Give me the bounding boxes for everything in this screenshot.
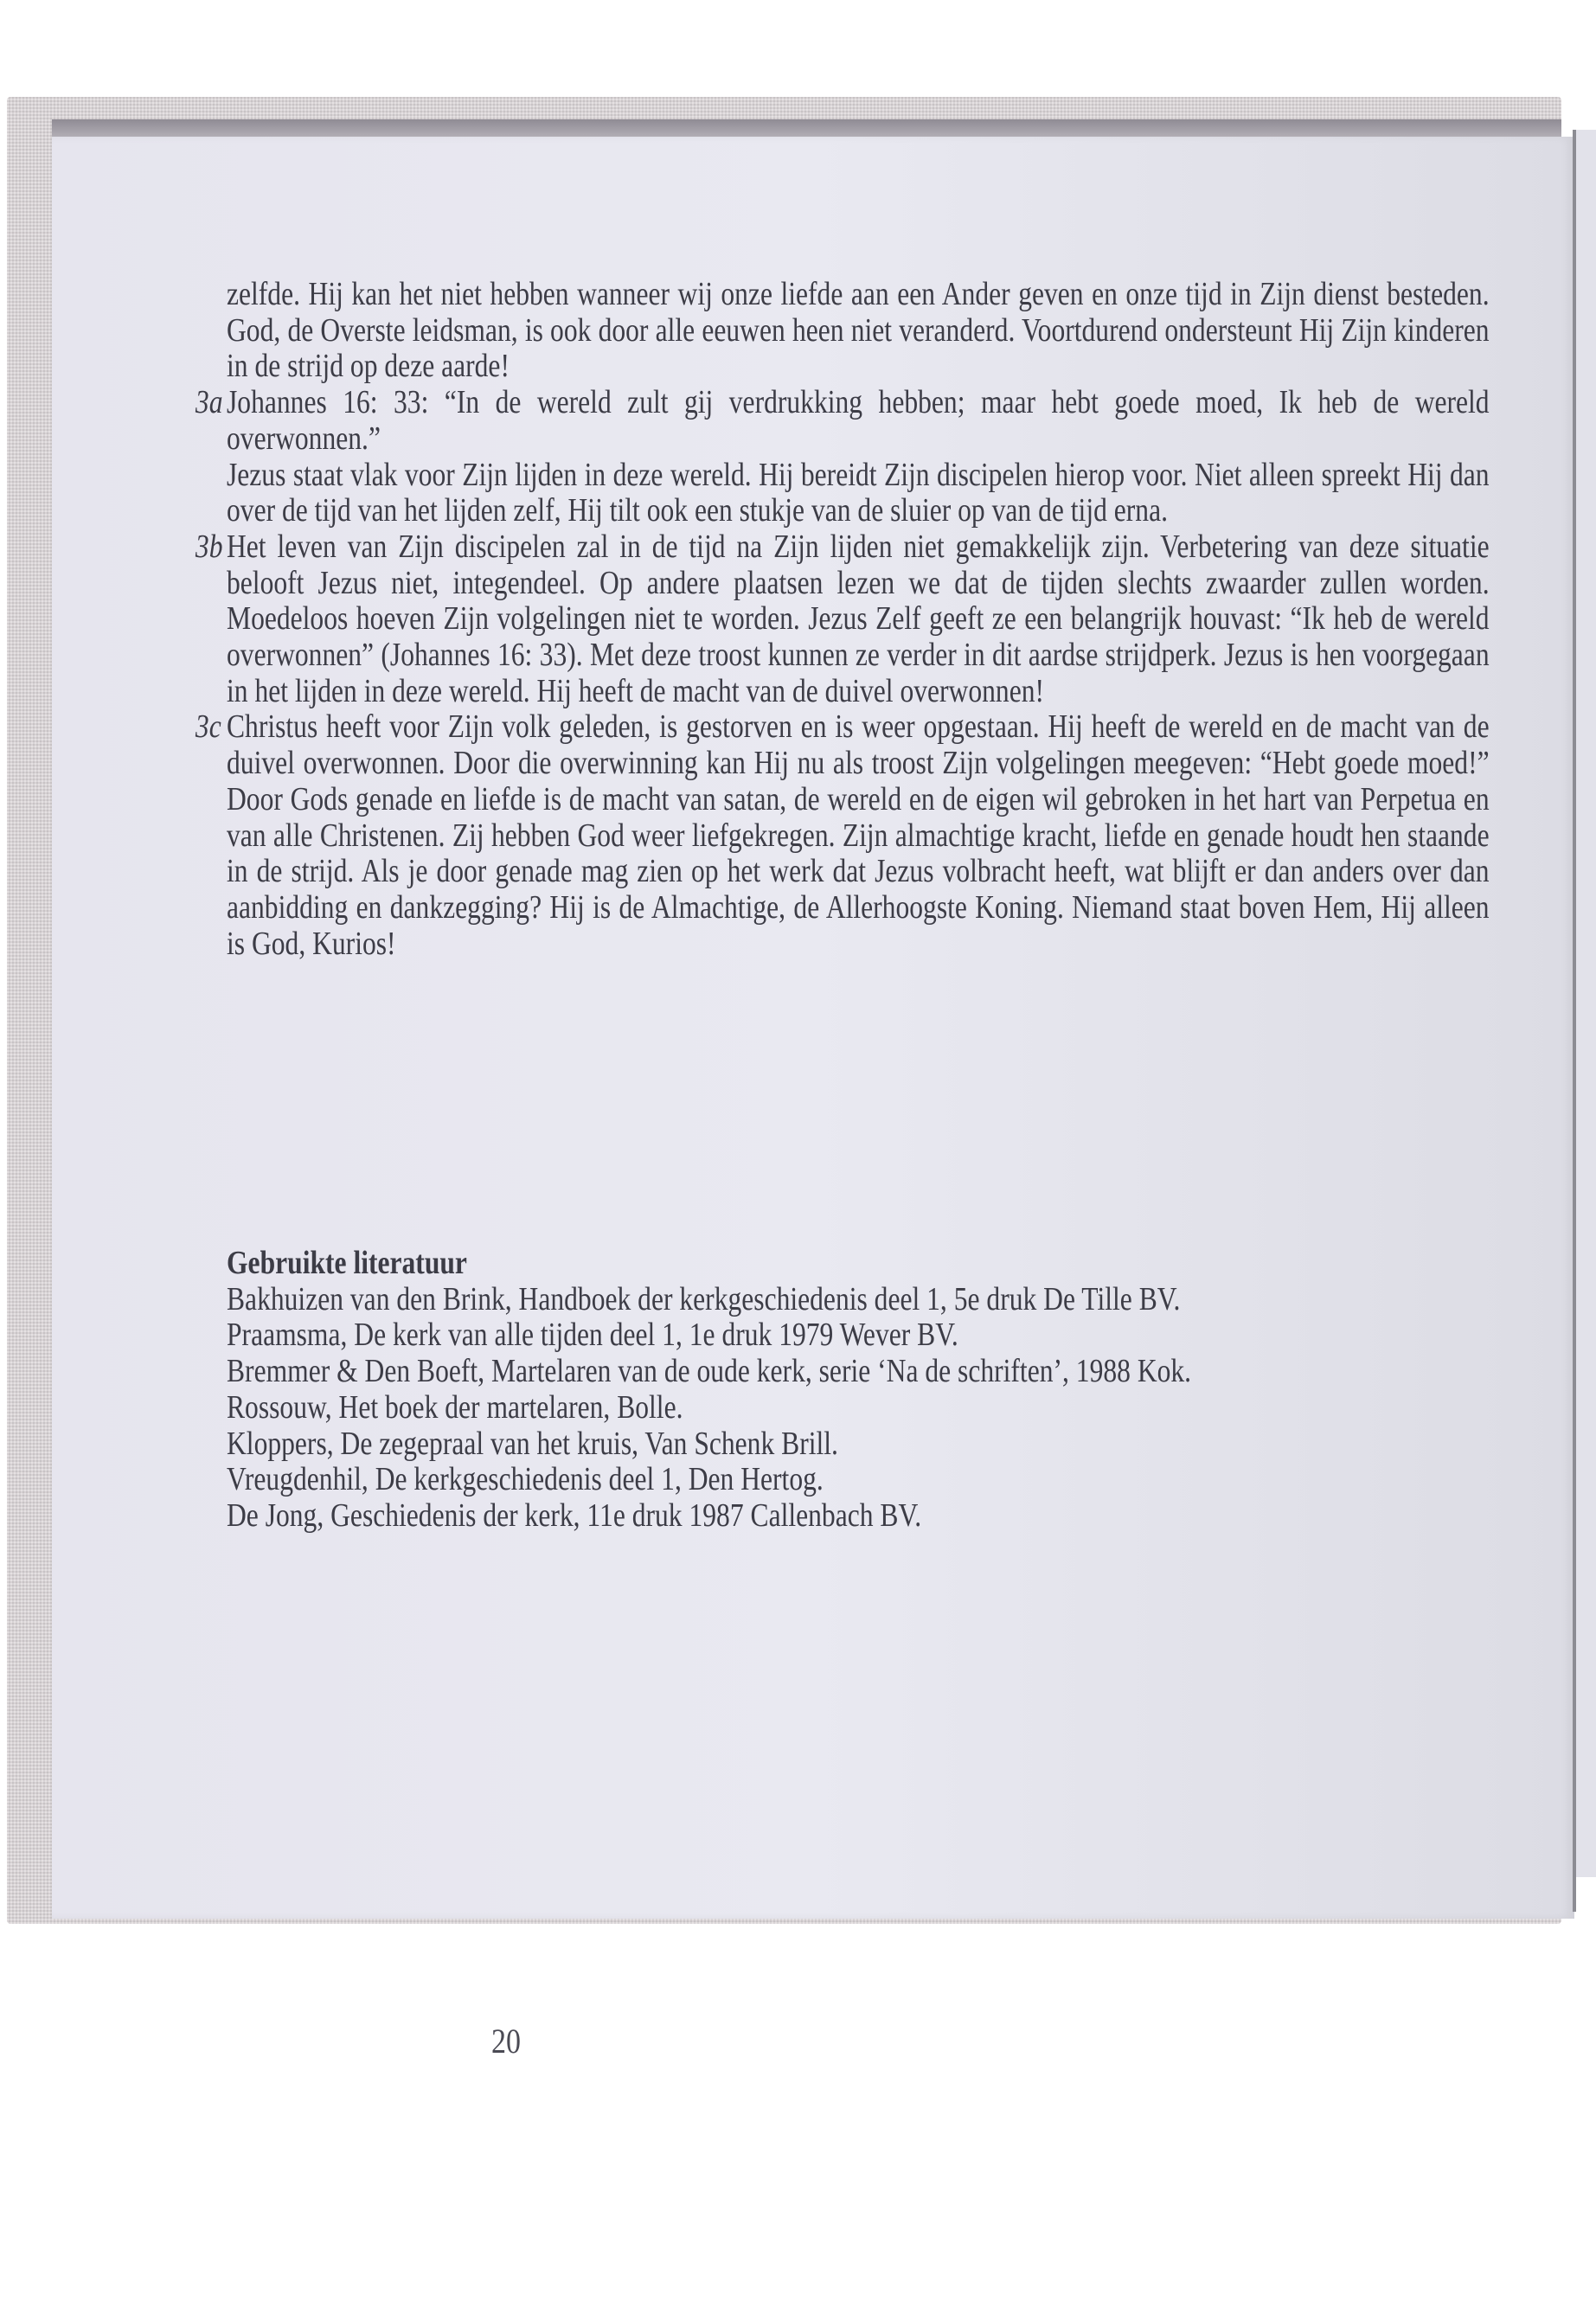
literature-list: Gebruikte literatuur Bakhuizen van den B… xyxy=(227,1246,1403,1535)
section-marker: 3c xyxy=(195,709,221,746)
literature-item: De Jong, Geschiedenis der kerk, 11e druk… xyxy=(227,1498,1191,1535)
body-text: zelfde. Hij kan het niet hebben wanneer … xyxy=(227,277,1490,962)
section-marker: 3a xyxy=(195,385,223,421)
section-marker: 3b xyxy=(195,529,223,566)
section-text: Christus heeft voor Zijn volk geleden, i… xyxy=(227,709,1490,962)
section-3b: 3b Het leven van Zijn discipelen zal in … xyxy=(227,529,1490,710)
next-page-edge xyxy=(1576,130,1596,1877)
literature-item: Bremmer & Den Boeft, Martelaren van de o… xyxy=(227,1354,1191,1390)
literature-item: Bakhuizen van den Brink, Handboek der ke… xyxy=(227,1282,1191,1318)
page-number: 20 xyxy=(491,2021,521,2061)
literature-item: Kloppers, De zegepraal van het kruis, Va… xyxy=(227,1426,1191,1463)
literature-item: Rossouw, Het boek der martelaren, Bolle. xyxy=(227,1390,1191,1426)
literature-item: Vreugdenhil, De kerkgeschiedenis deel 1,… xyxy=(227,1462,1191,1498)
section-continuation: Jezus staat vlak voor Zijn lijden in dez… xyxy=(227,458,1490,529)
literature-heading: Gebruikte literatuur xyxy=(227,1246,1191,1282)
section-3c: 3c Christus heeft voor Zijn volk geleden… xyxy=(227,709,1490,962)
section-text: Johannes 16: 33: “In de wereld zult gij … xyxy=(227,385,1490,457)
intro-paragraph: zelfde. Hij kan het niet hebben wanneer … xyxy=(227,277,1490,385)
literature-item: Praamsma, De kerk van alle tijden deel 1… xyxy=(227,1317,1191,1354)
page-top-shadow-band xyxy=(52,119,1561,138)
section-text: Het leven van Zijn discipelen zal in de … xyxy=(227,529,1490,710)
section-3a: 3a Johannes 16: 33: “In de wereld zult g… xyxy=(227,385,1490,529)
